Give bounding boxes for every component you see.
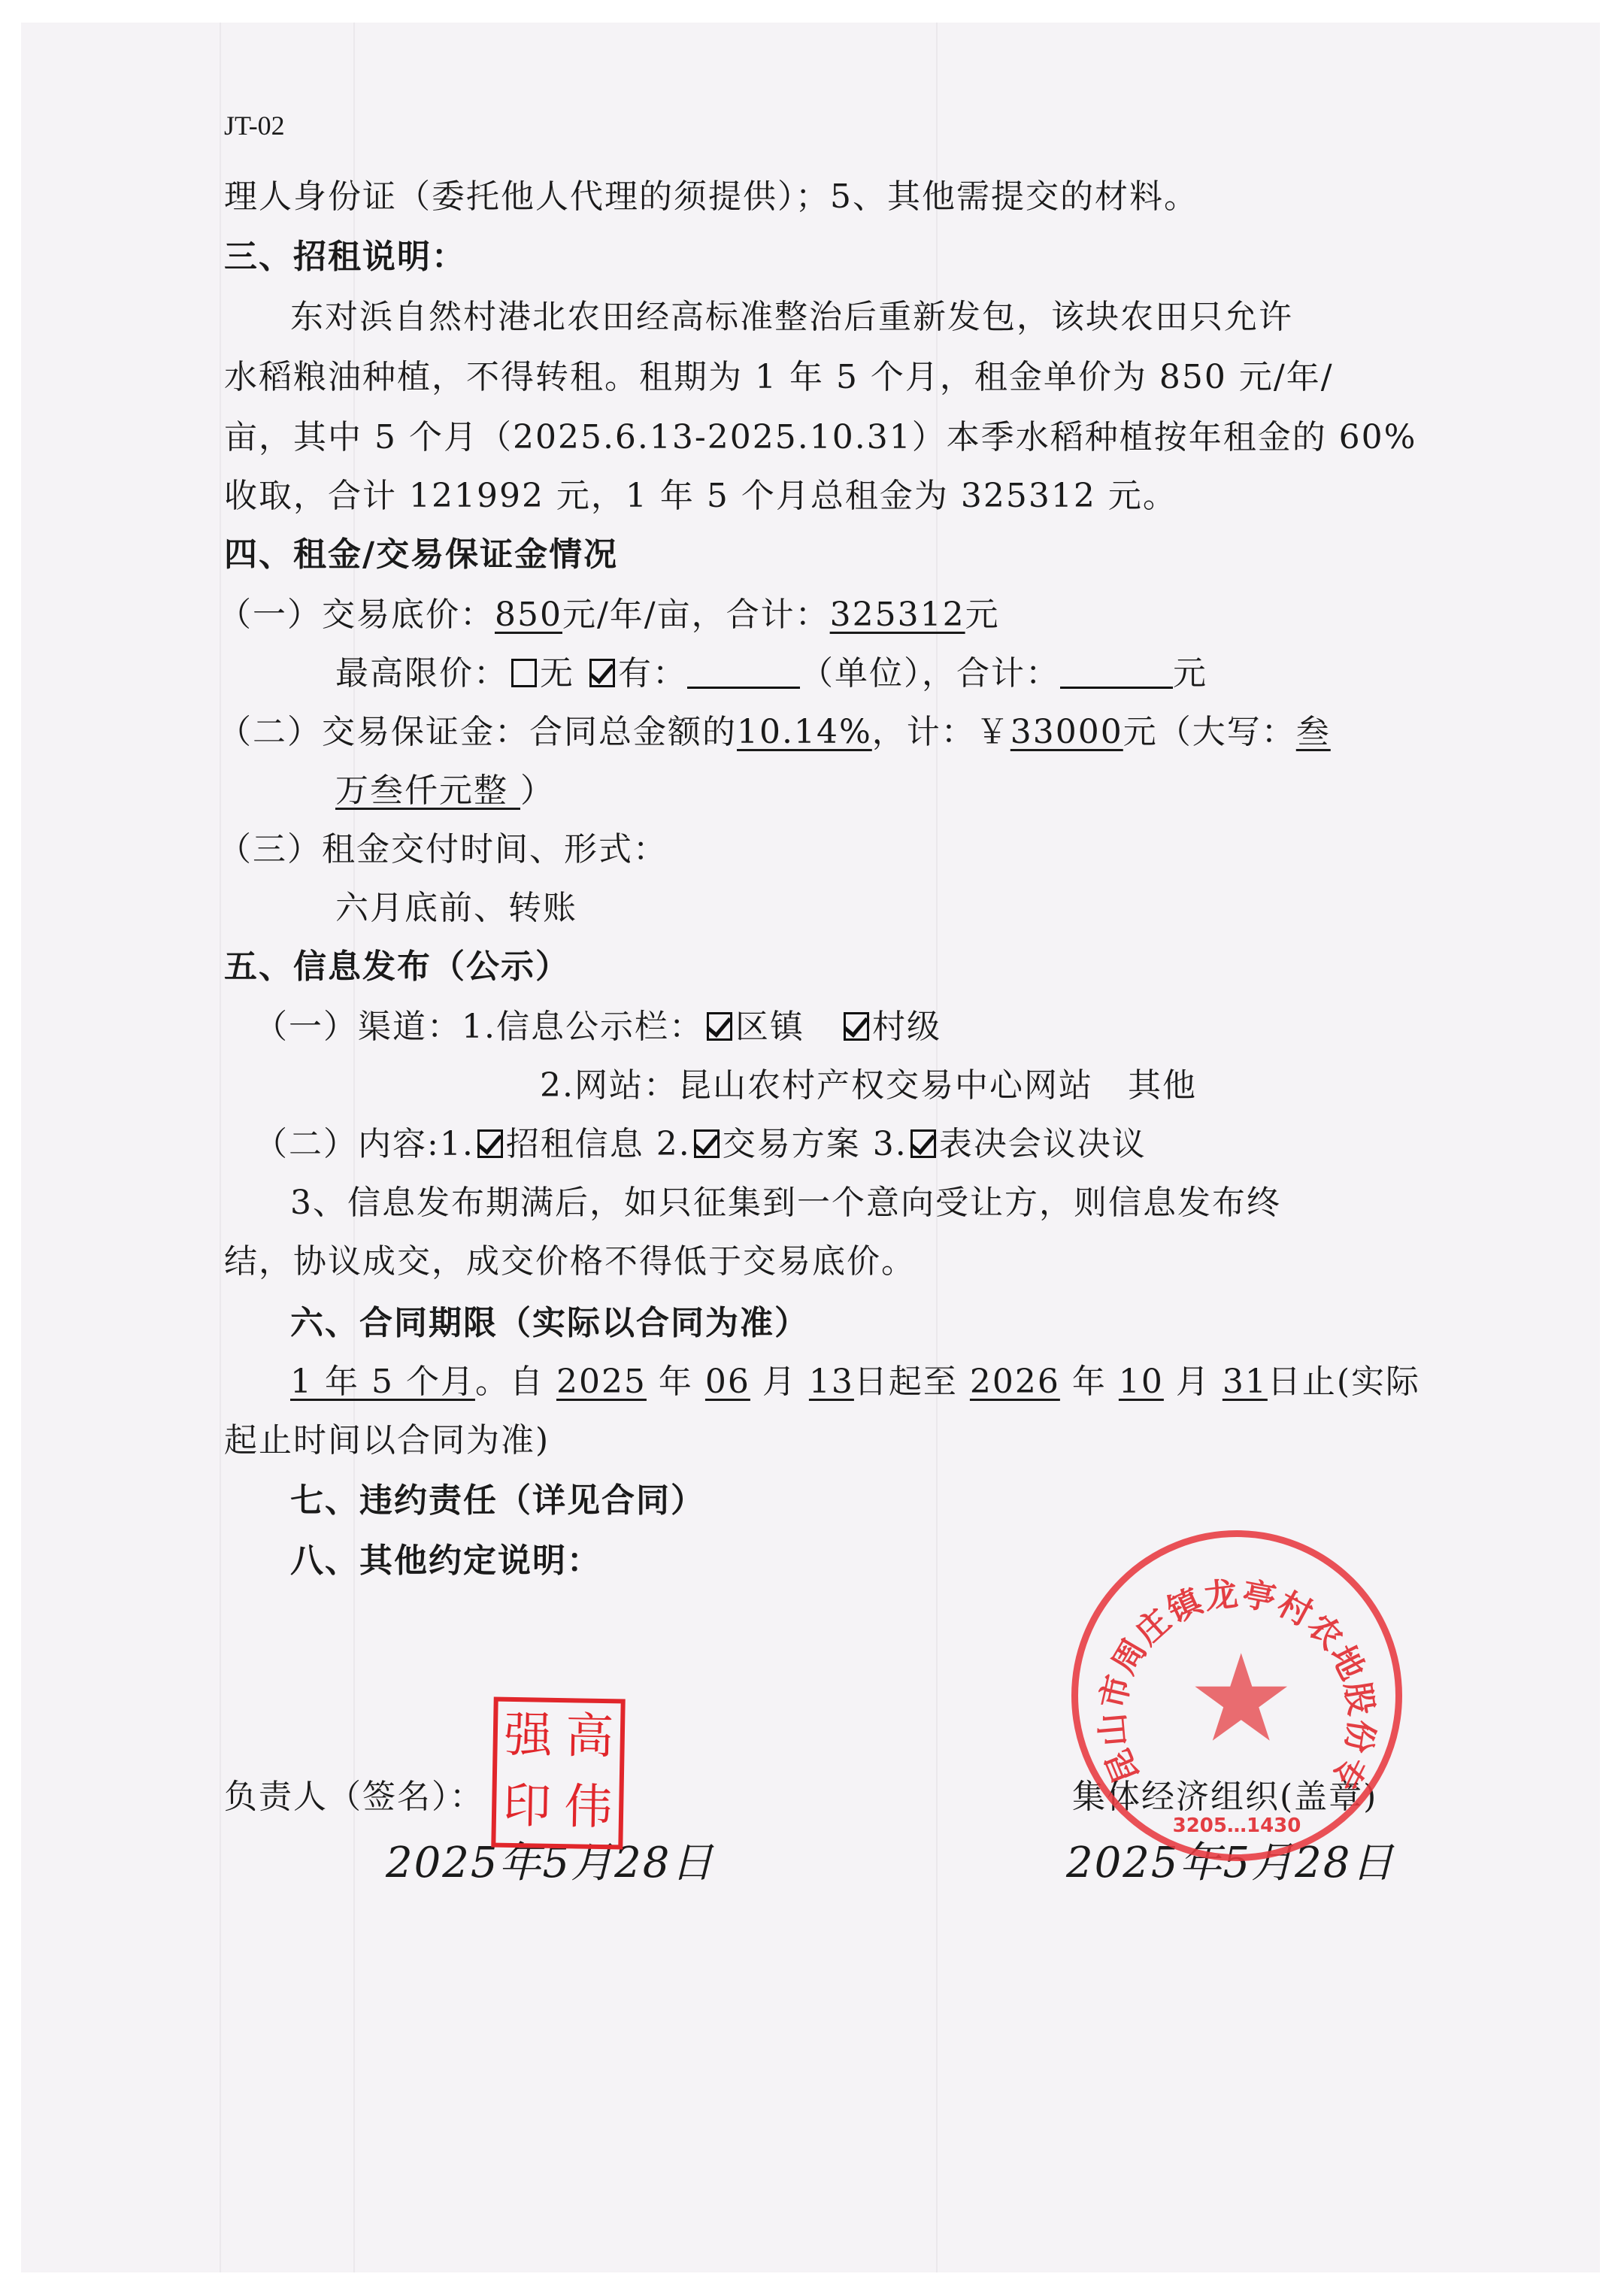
close-paren: ）	[520, 772, 555, 810]
from-label: 。自	[475, 1363, 556, 1401]
seal-char: 印	[495, 1772, 558, 1844]
svg-text:3205…1430: 3205…1430	[1173, 1814, 1301, 1837]
seal-char: 高	[559, 1702, 621, 1774]
deposit-mid: ，计：￥	[872, 713, 1010, 751]
unit-blank[interactable]	[687, 653, 800, 689]
checkbox-none[interactable]	[511, 659, 537, 687]
option-resolution-label: 表决会议决议	[939, 1125, 1147, 1163]
deposit-percent: 10.14%	[737, 713, 872, 751]
year-label: 年	[647, 1363, 705, 1401]
paragraph-line: 收取，合计 121992 元，1 年 5 个月总租金为 325312 元。	[224, 474, 1177, 519]
month-label: 月	[1164, 1363, 1223, 1401]
payment-title: （三）租金交付时间、形式：	[218, 827, 668, 872]
paragraph-line: 东对浜自然村港北农田经高标准整治后重新发包，该块农田只允许	[290, 295, 1293, 340]
contract-term-line: 1 年 5 个月。自 2025 年 06 月 13日起至 2026 年 10 月…	[290, 1360, 1420, 1405]
option-plan-label: 交易方案 3.	[723, 1125, 907, 1163]
checkbox-town[interactable]	[707, 1012, 732, 1041]
star-icon: ★	[1187, 1639, 1295, 1759]
floor-price-unit: 元/年/亩，合计：	[562, 596, 830, 634]
option-town-label: 区镇	[735, 1008, 804, 1046]
paragraph-line: 亩，其中 5 个月（2025.6.13-2025.10.31）本季水稻种植按年租…	[224, 415, 1416, 460]
checkbox-village[interactable]	[844, 1012, 869, 1041]
max-unit-label: （单位），合计：	[800, 654, 1060, 693]
scan-fold-line	[220, 23, 221, 2272]
deposit-caps-value: 叁	[1296, 713, 1331, 751]
end-year: 2026	[970, 1363, 1060, 1401]
start-day: 13	[809, 1363, 854, 1401]
responsible-person-label: 负责人（签名）：	[224, 1775, 484, 1820]
max-price-label: 最高限价：	[335, 654, 508, 693]
checkbox-plan[interactable]	[694, 1129, 720, 1158]
option-yes-label: 有：	[618, 654, 687, 693]
seal-char: 强	[497, 1702, 559, 1773]
checkbox-resolution[interactable]	[910, 1129, 936, 1158]
section-7-title: 七、违约责任（详见合同）	[290, 1478, 705, 1523]
yuan-label: 元	[1173, 654, 1207, 693]
max-price-line: 最高限价：无 有：（单位），合计：元	[335, 651, 1207, 696]
start-year: 2025	[556, 1363, 647, 1401]
floor-price-line: （一）交易底价：850元/年/亩，合计：325312元	[218, 593, 1000, 638]
content-label: （二）内容:1.	[254, 1125, 474, 1163]
end-label: 日止(实际	[1268, 1363, 1420, 1401]
channel-line: （一）渠道：1.信息公示栏：区镇 村级	[254, 1005, 941, 1050]
paragraph-line: 理人身份证（委托他人代理的须提供）；5、其他需提交的材料。	[224, 174, 1198, 220]
paragraph-line: 3、信息发布期满后，如只征集到一个意向受让方，则信息发布终	[290, 1181, 1281, 1226]
option-notice-label: 招租信息 2.	[506, 1125, 691, 1163]
to-label: 日起至	[854, 1363, 970, 1401]
section-3-title: 三、招租说明：	[224, 235, 466, 280]
deposit-caps-value: 万叁仟元整	[335, 772, 520, 810]
total-blank[interactable]	[1060, 653, 1173, 689]
floor-price-total: 325312	[830, 596, 965, 634]
month-label: 月	[750, 1363, 809, 1401]
year-label: 年	[1060, 1363, 1119, 1401]
organization-seal-stamp: 昆山市周庄镇龙亭村农地股份专业合作社 3205…1430 ★	[1071, 1530, 1402, 1861]
paragraph-line: 起止时间以合同为准)	[224, 1418, 550, 1463]
channel-label: （一）渠道：1.信息公示栏：	[254, 1008, 704, 1046]
checkbox-notice[interactable]	[477, 1129, 503, 1158]
paragraph-line: 结，协议成交，成交价格不得低于交易底价。	[224, 1239, 916, 1284]
seal-char: 伟	[557, 1773, 620, 1845]
option-village-label: 村级	[872, 1008, 941, 1046]
section-5-title: 五、信息发布（公示）	[224, 944, 570, 990]
paragraph-line: 水稻粮油种植，不得转租。租期为 1 年 5 个月，租金单价为 850 元/年/	[224, 355, 1334, 400]
yuan-label: 元	[965, 596, 1000, 634]
content-line: （二）内容:1.招租信息 2.交易方案 3.表决会议决议	[254, 1122, 1147, 1167]
deposit-caps-line: 万叁仟元整 ）	[335, 769, 555, 814]
term-value: 1 年 5 个月	[290, 1363, 475, 1401]
end-month: 10	[1119, 1363, 1164, 1401]
floor-price-value: 850	[495, 596, 562, 634]
document-body: 理人身份证（委托他人代理的须提供）；5、其他需提交的材料。 三、招租说明： 东对…	[224, 0, 1502, 2295]
deposit-line: （二）交易保证金：合同总金额的10.14%，计：￥33000元（大写：叁	[218, 710, 1331, 755]
start-month: 06	[705, 1363, 750, 1401]
section-8-title: 八、其他约定说明：	[290, 1539, 601, 1584]
floor-price-label: （一）交易底价：	[218, 596, 495, 634]
checkbox-yes[interactable]	[589, 659, 615, 687]
end-day: 31	[1223, 1363, 1268, 1401]
option-none-label: 无	[540, 654, 574, 693]
section-4-title: 四、租金/交易保证金情况	[224, 532, 618, 578]
section-6-title: 六、合同期限（实际以合同为准）	[290, 1301, 809, 1346]
personal-seal-stamp: 强 高 印 伟	[491, 1696, 625, 1849]
deposit-caps-label: 元（大写：	[1123, 713, 1296, 751]
deposit-amount: 33000	[1010, 713, 1123, 751]
website-line: 2.网站：昆山农村产权交易中心网站 其他	[540, 1063, 1197, 1108]
payment-value: 六月底前、转账	[335, 886, 577, 931]
deposit-label: （二）交易保证金：合同总金额的	[218, 713, 737, 751]
